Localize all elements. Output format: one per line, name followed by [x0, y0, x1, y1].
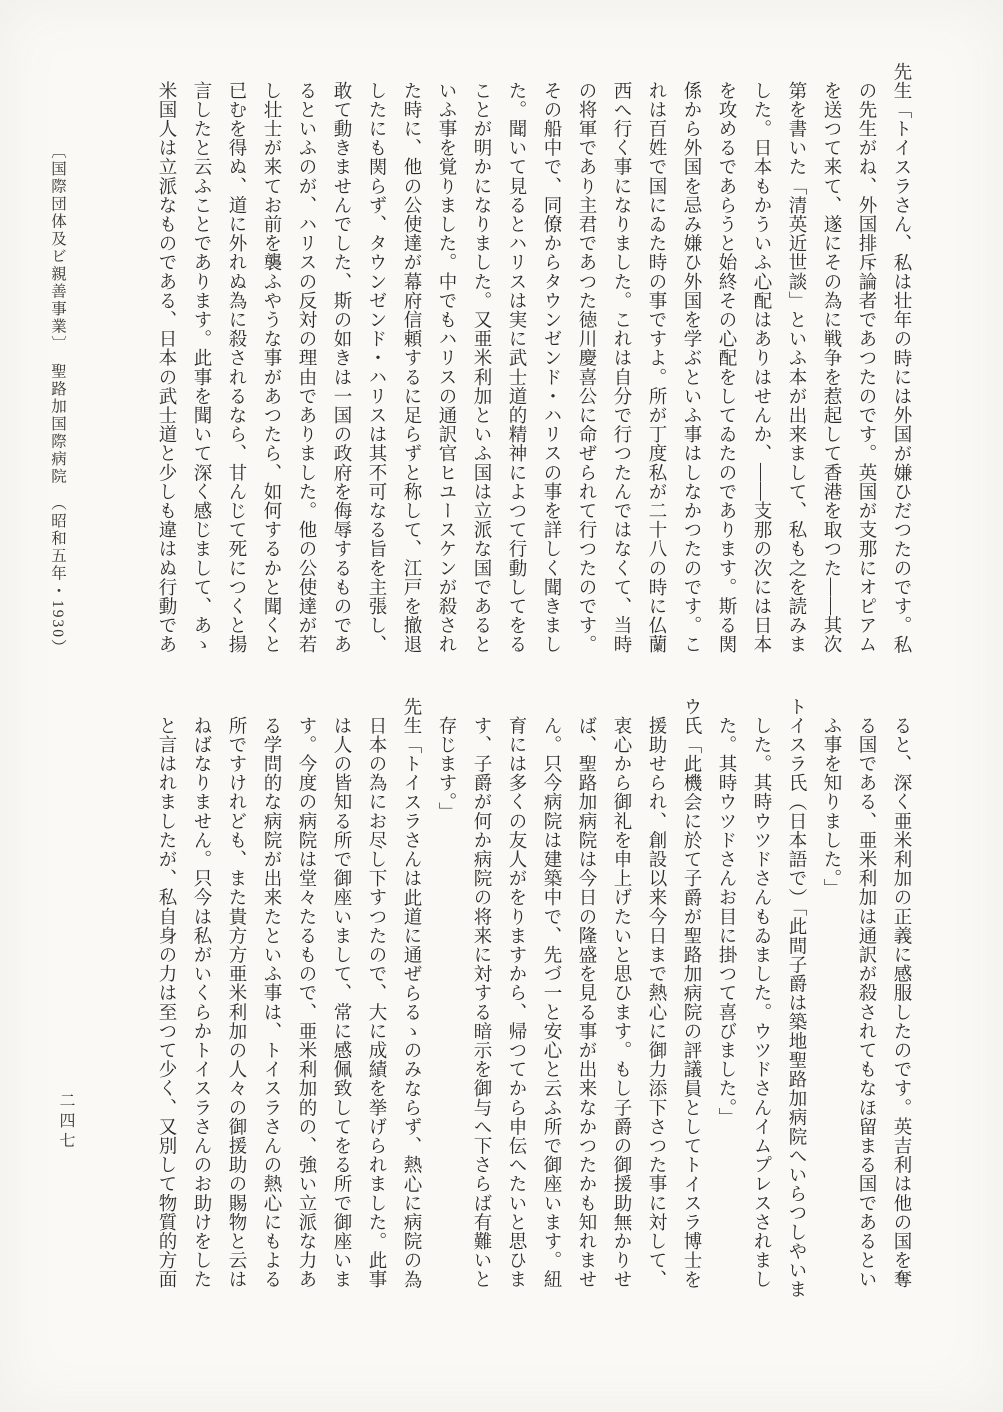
- text-line: 先生「トイスラさんは此道に通ぜらるゝのみならず、熱心に病院の為: [393, 697, 428, 1337]
- text-line: 先生「トイスラさん、私は壮年の時には外国が嫌ひだつたのです。私: [883, 62, 918, 664]
- text-line: トイスラ氏（日本語で）「此間子爵は築地聖路加病院へいらつしやいま: [778, 697, 813, 1337]
- text-line: 日本の為にお尽し下すつたので、大に成績を挙げられました。此事: [358, 697, 393, 1356]
- text-line: 所ですけれども、また貴方方亜米利加の人々の御援助の賜物と云は: [218, 697, 253, 1356]
- text-line: るといふのが、ハリスの反対の理由でありました。他の公使達が若: [288, 62, 323, 683]
- text-line: 援助せられ、創設以来今日まで熱心に御力添下さつた事に対して、: [638, 697, 673, 1356]
- text-line: ふ事を知りました。」: [813, 697, 848, 1356]
- text-line: した。日本もかういふ心配はありはせんか、――支那の次には日本: [743, 62, 778, 683]
- text-line: 敢て動きませんでした、斯の如きは一国の政府を侮辱するものであ: [323, 62, 358, 683]
- text-line: ねばなりません。只今は私がいくらかトイスラさんのお助けをした: [183, 697, 218, 1356]
- text-line: したにも関らず、タウンゼンド・ハリスは其不可なる旨を主張し、: [358, 62, 393, 683]
- text-line: た。聞いて見るとハリスは実に武士道的精神によつて行動してをる: [498, 62, 533, 683]
- text-line: れは百姓で国にゐた時の事ですよ。所が丁度私が二十八の時に仏蘭: [638, 62, 673, 683]
- text-line: した。其時ウツドさんもゐました。ウツドさんイムプレスされまし: [743, 697, 778, 1356]
- text-line: 已むを得ぬ、道に外れぬ為に殺されるなら、甘んじて死につくと揚: [218, 62, 253, 683]
- text-line: 存じます。」: [428, 697, 463, 1356]
- text-line: 衷心から御礼を申上げたいと思ひます。もし子爵の御援助無かりせ: [603, 697, 638, 1356]
- text-line: は人の皆知る所で御座いまして、常に感佩致してをる所で御座いま: [323, 697, 358, 1356]
- text-line: た。其時ウツドさんお目に掛つて喜びました。」: [708, 697, 743, 1356]
- text-line: ん。只今病院は建築中で、先づ一と安心と云ふ所で御座います。紐: [533, 697, 568, 1356]
- text-line: を攻めるであらうと始終その心配をしてゐたのであります。斯る関: [708, 62, 743, 683]
- text-line: ると、深く亜米利加の正義に感服したのです。英吉利は他の国を奪: [883, 697, 918, 1356]
- text-line: 西へ行く事になりました。これは自分で行つたんではなくて、当時: [603, 62, 638, 683]
- text-line: ことが明かになりました。又亜米利加といふ国は立派な国であると: [463, 62, 498, 683]
- text-line: 米国人は立派なものである、日本の武士道と少しも違はぬ行動であ: [148, 62, 183, 683]
- text-line: いふ事を覚りました。中でもハリスの通訳官ヒユースケンが殺され: [428, 62, 463, 683]
- text-line: を送つて来て、遂にその為に戦争を惹起して香港を取つた――其次: [813, 62, 848, 683]
- text-line: ば、聖路加病院は今日の隆盛を見る事が出来なかつたかも知れませ: [568, 697, 603, 1356]
- text-line: す、子爵が何か病院の将来に対する暗示を御与へ下さらば有難いと: [463, 697, 498, 1356]
- text-line: 言したと云ふことであります。此事を聞いて深く感じまして、あゝ: [183, 62, 218, 683]
- text-line: 係から外国を忌み嫌ひ外国を学ぶといふ事はしなかつたのです。こ: [673, 62, 708, 683]
- text-line: と言はれましたが、私自身の力は至つて少く、又別して物質的方面: [148, 697, 183, 1356]
- text-line: の先生がね、外国排斥論者であつたのです。英国が支那にオピアム: [848, 62, 883, 683]
- text-line: その船中で、同僚からタウンゼンド・ハリスの事を詳しく聞きまし: [533, 62, 568, 683]
- text-line: す。今度の病院は堂々たるもので、亜米利加的の、強い立派な力あ: [288, 697, 323, 1356]
- text-line: 第を書いた「清英近世談」といふ本が出来まして、私も之を読みま: [778, 62, 813, 683]
- text-line: た時に、他の公使達が幕府信頼するに足らずと称して、江戸を撤退: [393, 62, 428, 683]
- text-line: る国である、亜米利加は通訳が殺されてもなほ留まる国であるとい: [848, 697, 883, 1356]
- scanned-book-page: 先生「トイスラさん、私は壮年の時には外国が嫌ひだつたのです。私 の先生がね、外国…: [0, 0, 1003, 1412]
- top-text-block: 先生「トイスラさん、私は壮年の時には外国が嫌ひだつたのです。私 の先生がね、外国…: [148, 62, 918, 664]
- section-header: 〔国際団体及ビ親善事業〕 聖路加国際病院 （昭和五年・1930）: [40, 143, 74, 673]
- text-line: ウ氏「此機会に於て子爵が聖路加病院の評議員としてトイスラ博士を: [673, 697, 708, 1337]
- text-line: 育には多くの友人がをりますから、帰つてから申伝へたいと思ひま: [498, 697, 533, 1356]
- page-number: 二四七: [54, 1092, 77, 1152]
- text-line: る学問的な病院が出来たといふ事は、トイスラさんの熱心にもよる: [253, 697, 288, 1356]
- text-line: の将軍であり主君であつた徳川慶喜公に命ぜられて行つたのです。: [568, 62, 603, 683]
- text-line: し壮士が来てお前を襲ふやうな事があつたら、如何するかと聞くと: [253, 62, 288, 683]
- bottom-text-block: ると、深く亜米利加の正義に感服したのです。英吉利は他の国を奪 る国である、亜米利…: [148, 697, 918, 1337]
